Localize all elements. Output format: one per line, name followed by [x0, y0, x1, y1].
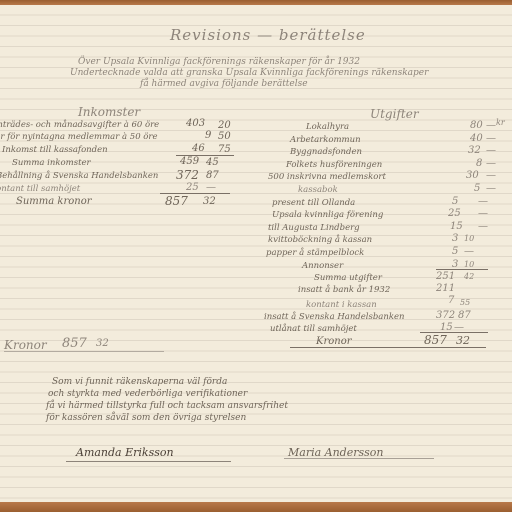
expense-row-label: kassabok [298, 185, 338, 195]
income-row-ore: 75 [218, 144, 231, 155]
expense-row-ore: — [486, 133, 496, 144]
expense-row-label: Summa utgifter [314, 273, 382, 283]
expense-row-ore: — [478, 196, 488, 207]
income-row-kr: 9 [205, 130, 211, 141]
income-row-ore: 20 [218, 120, 231, 131]
expense-row-kr: 5 [474, 183, 480, 194]
expenses-margin-note: kr [496, 118, 505, 127]
expense-row-kr: 25 [448, 208, 461, 219]
income-heading: Inkomster [78, 105, 140, 119]
expense-row-kr: 251 [436, 271, 455, 282]
ledger-page: Revisions — berättelse Över Upsala Kvinn… [0, 5, 512, 502]
expense-row-label: Annonser [302, 261, 343, 271]
income-row-label: Inträdes- och månadsavgifter à 60 öre [0, 120, 159, 130]
expense-row-kr: 15 [450, 221, 463, 232]
expense-row-label: kontant i kassan [306, 300, 377, 310]
expense-row-ore: — [486, 120, 496, 131]
total-ore: 32 [96, 338, 109, 349]
expense-row-ore: — [486, 145, 496, 156]
expense-row-label: Folkets husföreningen [286, 160, 382, 170]
expense-row-ore: — [486, 170, 496, 181]
document-title: Revisions — berättelse [170, 26, 366, 44]
income-row-ore: 50 [218, 131, 231, 142]
expense-row-label: till Augusta Lindberg [268, 223, 360, 233]
wood-frame-bottom [0, 502, 512, 512]
signature-line-2 [284, 458, 434, 459]
expense-row-ore: — [464, 246, 474, 257]
total-underline [4, 351, 164, 352]
expense-row-ore: — [486, 158, 496, 169]
expenses-heading: Utgifter [370, 107, 419, 121]
intro-line-3: få härmed avgiva följande berättelse [140, 79, 308, 89]
expense-row-label: Kronor [316, 336, 352, 347]
expense-row-label: Byggnadsfonden [290, 147, 362, 157]
income-row-kr: 46 [192, 143, 205, 154]
income-row-label: Kontant till samhöjet [0, 184, 80, 194]
expense-underline [290, 347, 486, 348]
income-row-kr: 25 [186, 182, 199, 193]
income-row-ore: 87 [206, 170, 219, 181]
expense-row-kr: 8 [476, 158, 482, 169]
expense-row-kr: 80 [470, 120, 483, 131]
expense-row-ore: 10 [464, 260, 474, 269]
expense-row-kr: 372 [436, 310, 455, 321]
expense-row-kr: 211 [436, 283, 455, 294]
income-row-label: Avgifter för nyintagna medlemmar à 50 ör… [0, 132, 158, 142]
expense-row-label: Upsala kvinnliga förening [272, 210, 383, 220]
closing-line-1: Som vi funnit räkenskaperna väl förda [52, 377, 227, 387]
income-row-kr: 857 [165, 194, 188, 208]
expense-row-ore: 42 [464, 272, 474, 281]
closing-line-4: för kassören såväl som den övriga styrel… [46, 413, 246, 423]
income-row-kr: 459 [180, 156, 199, 167]
closing-line-2: och styrkta med vederbörliga verifikatio… [48, 389, 247, 399]
expense-row-label: Lokalhyra [306, 122, 349, 132]
expense-row-kr: 40 [470, 133, 483, 144]
income-row-ore: 45 [206, 157, 219, 168]
expense-row-kr: 857 [424, 333, 447, 347]
expense-row-label: Arbetarkommun [290, 135, 361, 145]
expense-row-label: papper å stämpelblock [266, 248, 364, 258]
expense-row-kr: 7 [448, 295, 454, 306]
income-row-ore: 32 [203, 196, 216, 207]
intro-line-1: Över Upsala Kvinnliga fackförenings räke… [78, 57, 360, 67]
expense-row-ore: 55 [460, 298, 470, 307]
income-row-label: Inkomst till kassafonden [2, 145, 108, 155]
expense-row-kr: 3 [452, 233, 458, 244]
expense-row-kr: 5 [452, 196, 458, 207]
expense-row-label: insatt å Svenska Handelsbanken [264, 312, 404, 322]
expense-row-ore: — [478, 208, 488, 219]
income-row-label: Summa inkomster [12, 158, 91, 168]
intro-line-2: Undertecknade valda att granska Upsala K… [70, 68, 428, 78]
expense-row-ore: 10 [464, 234, 474, 243]
income-row-label: Summa kronor [16, 196, 92, 207]
expense-row-kr: 5 [452, 246, 458, 257]
expense-row-label: insatt å bank år 1932 [298, 285, 390, 295]
total-kr: 857 [62, 336, 87, 351]
signature-line-1 [66, 461, 231, 462]
expense-row-label: 500 inskrivna medlemskort [268, 172, 386, 182]
income-row-label: Behållning å Svenska Handelsbanken [0, 171, 158, 181]
expense-subtotal-rule [436, 269, 488, 270]
expense-row-kr: 32 [468, 145, 481, 156]
expense-row-label: utlånat till samhöjet [270, 324, 357, 334]
total-label: Kronor [4, 338, 47, 352]
signature-amanda-eriksson: Amanda Eriksson [76, 446, 174, 459]
expense-row-kr: 30 [466, 170, 479, 181]
expense-row-label: present till Ollanda [272, 198, 355, 208]
expense-row-ore: 87 [458, 310, 471, 321]
income-row-kr: 372 [176, 168, 199, 182]
income-row-ore: — [206, 182, 216, 193]
closing-line-3: få vi härmed tillstyrka full och tacksam… [46, 401, 288, 411]
expense-row-ore: 32 [456, 334, 470, 347]
expense-row-ore: — [478, 221, 488, 232]
income-row-kr: 403 [186, 118, 205, 129]
expense-row-label: kvittoböckning å kassan [268, 235, 372, 245]
expense-row-ore: — [486, 183, 496, 194]
